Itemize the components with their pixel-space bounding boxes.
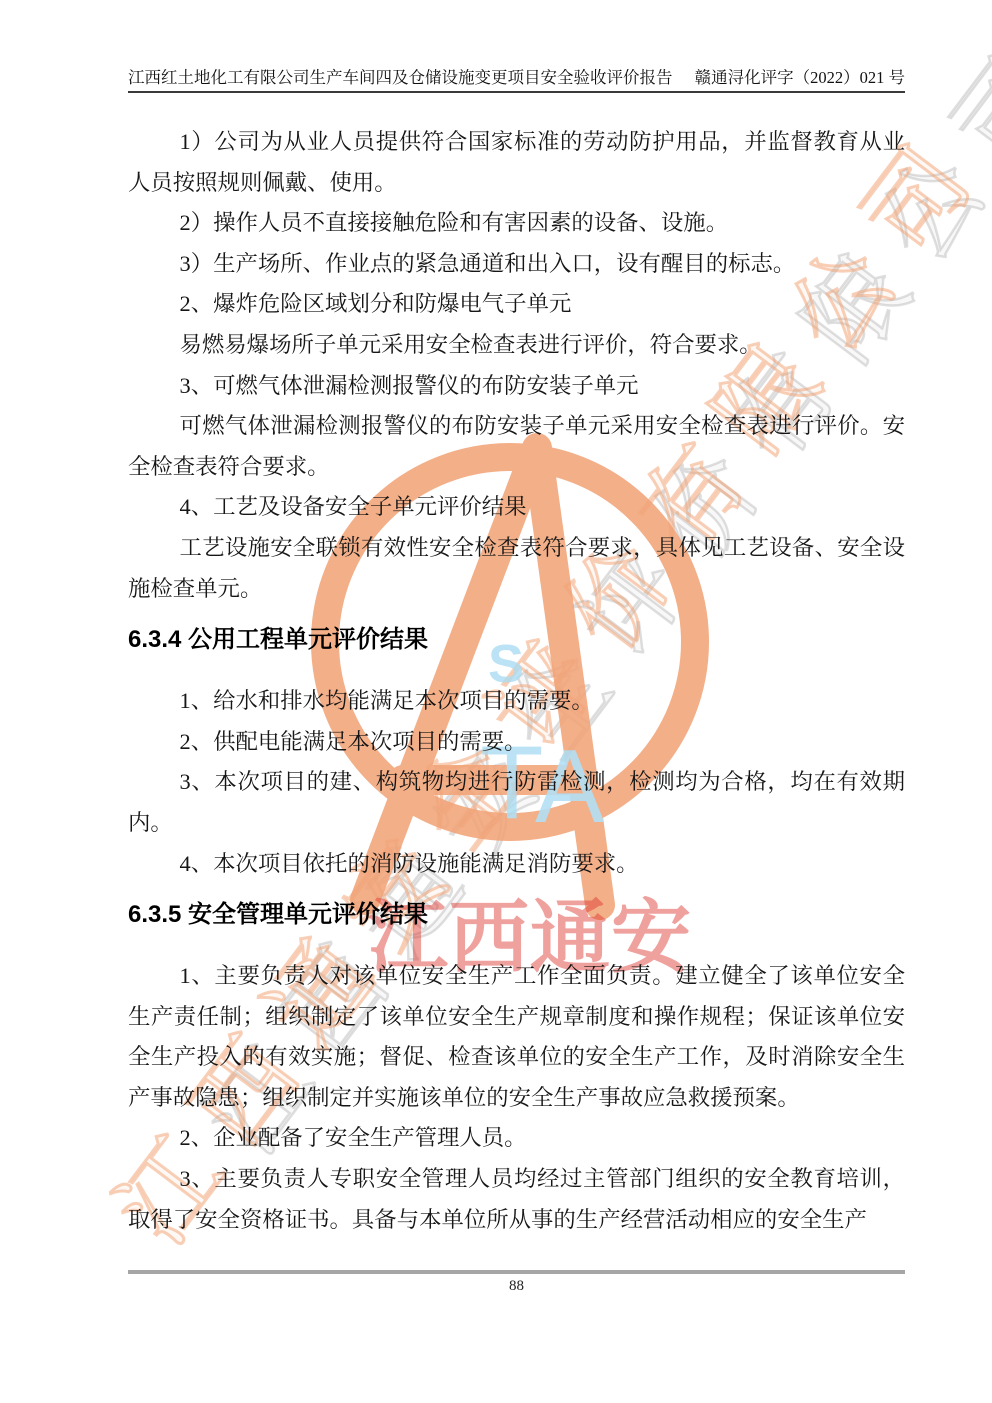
body-paragraph: 3、可燃气体泄漏检测报警仪的布防安装子单元 [128,366,905,407]
body-paragraph: 3、本次项目的建、构筑物均进行防雷检测，检测均为合格，均在有效期内。 [128,762,905,843]
section-heading: 6.3.4 公用工程单元评价结果 [128,620,905,660]
header-rule [128,91,905,93]
body-paragraph: 3）生产场所、作业点的紧急通道和出入口，设有醒目的标志。 [128,244,905,285]
page-number: 88 [128,1278,905,1295]
header-report-title: 江西红土地化工有限公司生产车间四及仓储设施变更项目安全验收评价报告 [128,64,673,88]
body-paragraph: 1）公司为从业人员提供符合国家标准的劳动防护用品，并监督教育从业人员按照规则佩戴… [128,122,905,203]
section-heading: 6.3.5 安全管理单元评价结果 [128,895,905,935]
document-body: 1）公司为从业人员提供符合国家标准的劳动防护用品，并监督教育从业人员按照规则佩戴… [128,122,905,1240]
body-paragraph: 可燃气体泄漏检测报警仪的布防安装子单元采用安全检查表进行评价。安全检查表符合要求… [128,406,905,487]
body-paragraph: 2、爆炸危险区域划分和防爆电气子单元 [128,284,905,325]
body-paragraph: 1、给水和排水均能满足本次项目的需要。 [128,681,905,722]
body-paragraph: 3、主要负责人专职安全管理人员均经过主管部门组织的安全教育培训，取得了安全资格证… [128,1159,905,1240]
page-header: 江西红土地化工有限公司生产车间四及仓储设施变更项目安全验收评价报告 赣通浔化评字… [128,64,905,88]
body-paragraph: 2、供配电能满足本次项目的需要。 [128,722,905,763]
body-paragraph: 工艺设施安全联锁有效性安全检查表符合要求，具体见工艺设备、安全设施检查单元。 [128,528,905,609]
body-paragraph: 2）操作人员不直接接触危险和有害因素的设备、设施。 [128,203,905,244]
footer-rule [128,1270,905,1274]
document-page: 江西通安全评价有限公司 江西通安全评价有限公司 S T A 江西通安 江西红土地… [0,0,992,1403]
body-paragraph: 4、工艺及设备安全子单元评价结果 [128,487,905,528]
body-paragraph: 4、本次项目依托的消防设施能满足消防要求。 [128,844,905,885]
body-paragraph: 2、企业配备了安全生产管理人员。 [128,1118,905,1159]
body-paragraph: 1、主要负责人对该单位安全生产工作全面负责。建立健全了该单位安全生产责任制；组织… [128,956,905,1118]
header-document-number: 赣通浔化评字（2022）021 号 [695,64,905,88]
body-paragraph: 易燃易爆场所子单元采用安全检查表进行评价，符合要求。 [128,325,905,366]
